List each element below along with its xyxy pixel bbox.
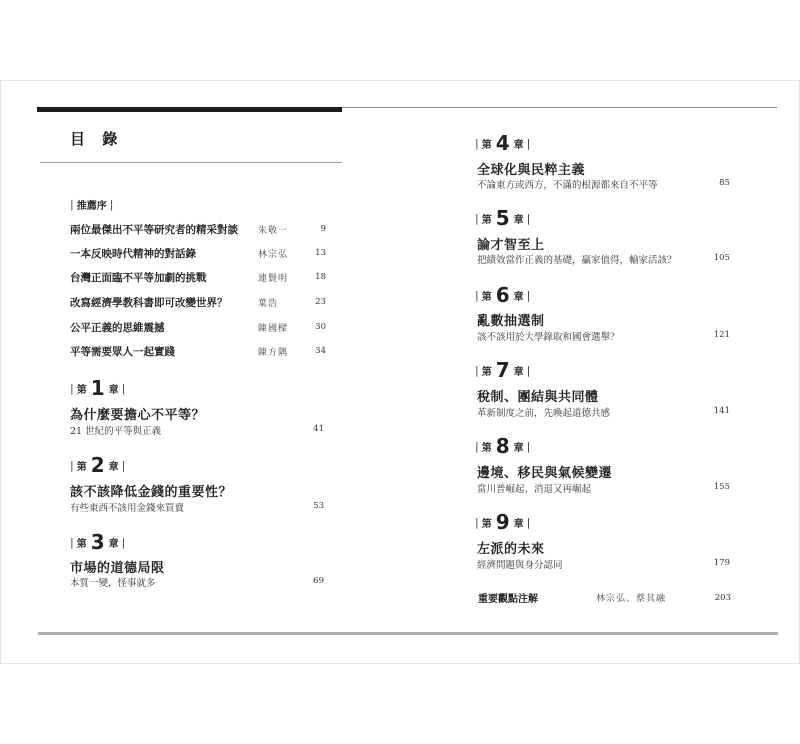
chapter-number: 2 bbox=[91, 455, 105, 475]
foreword-page: 23 bbox=[308, 297, 326, 307]
chapter-prefix: 第 bbox=[482, 288, 492, 303]
chapter-5-tag: | 第 5 章 | bbox=[475, 208, 530, 228]
chapter-2-title[interactable]: 該不該降低金錢的重要性？ bbox=[70, 481, 232, 500]
notes-title: 重要觀點注解 bbox=[478, 590, 596, 605]
bar-glyph: | bbox=[475, 212, 479, 225]
notes-author: 林宗弘、蔡其融 bbox=[596, 591, 696, 604]
foreword-page: 34 bbox=[308, 346, 326, 356]
chapter-2-page: 53 bbox=[294, 501, 324, 511]
chapter-suffix: 章 bbox=[514, 288, 524, 303]
foreword-item[interactable]: 改寫經濟學教科書即可改變世界？ 葉浩 23 bbox=[70, 294, 326, 310]
chapter-7-subtitle: 革新制度之前，先喚起道德共感 bbox=[477, 405, 610, 419]
bar-glyph: | bbox=[110, 198, 114, 211]
chapter-5-page: 105 bbox=[700, 253, 730, 263]
foreword-author: 陳國樑 bbox=[258, 321, 308, 334]
chapter-prefix: 第 bbox=[482, 211, 492, 226]
chapter-4-title[interactable]: 全球化與民粹主義 bbox=[477, 159, 585, 178]
chapter-1-title[interactable]: 為什麼要擔心不平等？ bbox=[70, 404, 205, 423]
foreword-page: 18 bbox=[308, 272, 326, 282]
foreword-author: 陳方隅 bbox=[258, 345, 308, 358]
chapter-2-subtitle: 有些東西不該用金錢來買賣 bbox=[70, 500, 184, 514]
bar-glyph: | bbox=[527, 364, 531, 377]
chapter-8-page: 155 bbox=[700, 482, 730, 492]
chapter-8-subtitle: 當川普崛起、消退又再崛起 bbox=[477, 481, 591, 495]
bar-glyph: | bbox=[527, 516, 531, 529]
chapter-9-title[interactable]: 左派的未來 bbox=[477, 538, 545, 557]
top-thin-rule bbox=[342, 107, 777, 108]
chapter-3-subtitle: 本質一變，怪事就多 bbox=[70, 575, 156, 589]
page-title: 目 錄 bbox=[70, 128, 123, 149]
foreword-title: 台灣正面臨不平等加劇的挑戰 bbox=[70, 270, 258, 285]
foreword-title: 一本反映時代精神的對話錄 bbox=[70, 246, 258, 261]
bar-glyph: | bbox=[70, 198, 74, 211]
title-divider bbox=[40, 162, 342, 163]
foreword-author: 連賢明 bbox=[258, 271, 308, 284]
bar-glyph: | bbox=[527, 440, 531, 453]
chapter-6-tag: | 第 6 章 | bbox=[475, 285, 530, 305]
chapter-number: 1 bbox=[91, 378, 105, 398]
chapter-prefix: 第 bbox=[482, 363, 492, 378]
chapter-suffix: 章 bbox=[514, 211, 524, 226]
bar-glyph: | bbox=[527, 289, 531, 302]
chapter-6-subtitle: 該不該用於大學錄取和國會選舉？ bbox=[477, 329, 620, 343]
chapter-7-tag: | 第 7 章 | bbox=[475, 360, 530, 380]
bar-glyph: | bbox=[527, 137, 531, 150]
foreword-item[interactable]: 平等需要眾人一起實踐 陳方隅 34 bbox=[70, 343, 326, 359]
bar-glyph: | bbox=[527, 212, 531, 225]
chapter-prefix: 第 bbox=[482, 515, 492, 530]
chapter-8-tag: | 第 8 章 | bbox=[475, 436, 530, 456]
foreword-page: 13 bbox=[308, 248, 326, 258]
bar-glyph: | bbox=[475, 364, 479, 377]
chapter-1-page: 41 bbox=[294, 424, 324, 434]
foreword-label: | 推薦序 | bbox=[70, 197, 113, 212]
chapter-6-title[interactable]: 亂數抽選制 bbox=[477, 310, 545, 329]
bar-glyph: | bbox=[475, 289, 479, 302]
foreword-title: 兩位最傑出不平等研究者的精采對談 bbox=[70, 222, 258, 237]
chapter-4-subtitle: 不論東方或西方，不滿的根源都來自不平等 bbox=[477, 177, 658, 191]
chapter-number: 4 bbox=[496, 133, 510, 153]
chapter-6-page: 121 bbox=[700, 330, 730, 340]
bar-glyph: | bbox=[475, 516, 479, 529]
chapter-prefix: 第 bbox=[482, 439, 492, 454]
foreword-author: 葉浩 bbox=[258, 296, 308, 309]
chapter-4-tag: | 第 4 章 | bbox=[475, 133, 530, 153]
chapter-1-tag: | 第 1 章 | bbox=[70, 378, 125, 398]
foreword-page: 30 bbox=[308, 322, 326, 332]
chapter-number: 6 bbox=[496, 285, 510, 305]
chapter-prefix: 第 bbox=[77, 458, 87, 473]
foreword-page: 9 bbox=[308, 224, 326, 234]
foreword-author: 朱敬一 bbox=[258, 223, 308, 236]
chapter-suffix: 章 bbox=[514, 136, 524, 151]
chapter-number: 7 bbox=[496, 360, 510, 380]
chapter-number: 5 bbox=[496, 208, 510, 228]
chapter-5-title[interactable]: 論才智至上 bbox=[477, 234, 545, 253]
chapter-7-title[interactable]: 稅制、團結與共同體 bbox=[477, 386, 599, 405]
chapter-suffix: 章 bbox=[109, 535, 119, 550]
bar-glyph: | bbox=[475, 440, 479, 453]
chapter-suffix: 章 bbox=[109, 458, 119, 473]
bar-glyph: | bbox=[70, 536, 74, 549]
chapter-9-tag: | 第 9 章 | bbox=[475, 512, 530, 532]
chapter-suffix: 章 bbox=[514, 363, 524, 378]
foreword-item[interactable]: 一本反映時代精神的對話錄 林宗弘 13 bbox=[70, 245, 326, 261]
chapter-prefix: 第 bbox=[77, 381, 87, 396]
bar-glyph: | bbox=[122, 459, 126, 472]
foreword-item[interactable]: 兩位最傑出不平等研究者的精采對談 朱敬一 9 bbox=[70, 221, 326, 237]
chapter-suffix: 章 bbox=[109, 381, 119, 396]
chapter-3-tag: | 第 3 章 | bbox=[70, 532, 125, 552]
bar-glyph: | bbox=[122, 382, 126, 395]
foreword-label-text: 推薦序 bbox=[77, 197, 107, 212]
foreword-title: 改寫經濟學教科書即可改變世界？ bbox=[70, 295, 258, 310]
chapter-3-title[interactable]: 市場的道德局限 bbox=[70, 557, 165, 576]
chapter-5-subtitle: 把績效當作正義的基礎，贏家值得，輸家活該？ bbox=[477, 252, 677, 266]
bottom-rule bbox=[38, 632, 778, 635]
bar-glyph: | bbox=[122, 536, 126, 549]
foreword-title: 平等需要眾人一起實踐 bbox=[70, 344, 258, 359]
foreword-title: 公平正義的思維震撼 bbox=[70, 320, 258, 335]
chapter-7-page: 141 bbox=[700, 406, 730, 416]
chapter-9-page: 179 bbox=[700, 558, 730, 568]
chapter-1-subtitle: 21 世紀的平等與正義 bbox=[70, 423, 161, 437]
bar-glyph: | bbox=[70, 459, 74, 472]
chapter-number: 9 bbox=[496, 512, 510, 532]
chapter-3-page: 69 bbox=[294, 576, 324, 586]
chapter-number: 3 bbox=[91, 532, 105, 552]
chapter-prefix: 第 bbox=[482, 136, 492, 151]
foreword-item[interactable]: 台灣正面臨不平等加劇的挑戰 連賢明 18 bbox=[70, 269, 326, 285]
chapter-number: 8 bbox=[496, 436, 510, 456]
bar-glyph: | bbox=[70, 382, 74, 395]
chapter-2-tag: | 第 2 章 | bbox=[70, 455, 125, 475]
chapter-suffix: 章 bbox=[514, 439, 524, 454]
chapter-4-page: 85 bbox=[700, 178, 730, 188]
foreword-item[interactable]: 公平正義的思維震撼 陳國樑 30 bbox=[70, 319, 326, 335]
bar-glyph: | bbox=[475, 137, 479, 150]
top-thick-rule bbox=[37, 107, 342, 112]
notes-item[interactable]: 重要觀點注解 林宗弘、蔡其融 203 bbox=[478, 590, 731, 605]
chapter-prefix: 第 bbox=[77, 535, 87, 550]
chapter-9-subtitle: 經濟問題與身分認同 bbox=[477, 557, 563, 571]
notes-page: 203 bbox=[696, 593, 731, 603]
foreword-author: 林宗弘 bbox=[258, 247, 308, 260]
chapter-8-title[interactable]: 邊境、移民與氣候變遷 bbox=[477, 462, 612, 481]
chapter-suffix: 章 bbox=[514, 515, 524, 530]
